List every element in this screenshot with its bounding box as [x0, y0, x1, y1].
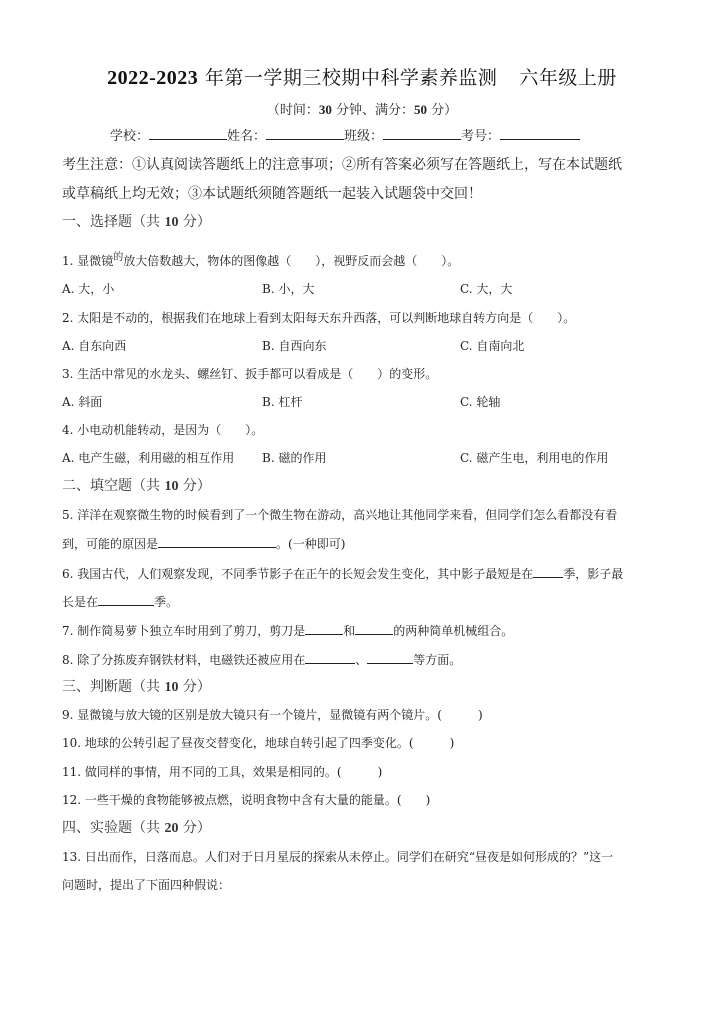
title-year: 2022-2023 — [107, 67, 198, 89]
q1-option-c[interactable]: C. 大，大 — [460, 281, 512, 297]
class-label: 班级： — [344, 129, 383, 144]
section-label-end: 分） — [178, 679, 210, 695]
student-info-row: 学校：姓名：班级：考号： — [110, 127, 580, 145]
question-11: 11. 做同样的事情，用不同的工具，效果是相同的。( ) — [62, 764, 382, 780]
score-value: 50 — [414, 102, 427, 117]
section-points: 10 — [164, 215, 178, 230]
question-5-line-1: 5. 洋洋在观察微生物的时候看到了一个微生物在游动，高兴地让其他同学来看，但同学… — [62, 507, 617, 523]
question-3: 3. 生活中常见的水龙头、螺丝钉、扳手都可以看成是（ ）的变形。 — [62, 366, 437, 382]
exam-title: 2022-2023 年第一学期三校期中科学素养监测六年级上册 — [0, 63, 724, 90]
class-field[interactable] — [383, 127, 461, 140]
question-7: 7. 制作简易萝卜独立车时用到了剪刀，剪刀是和的两种简单机械组合。 — [62, 622, 513, 639]
question-10: 10. 地球的公转引起了昼夜交替变化，地球自转引起了四季变化。( ) — [62, 735, 454, 751]
q7-answer-blank-1[interactable] — [305, 622, 343, 635]
section-label: 三、判断题（共 — [62, 679, 164, 695]
question-13-line-2: 问题时，提出了下面四种假说： — [62, 877, 230, 893]
question-text: 8. 除了分拣废弃钢铁材料，电磁铁还被应用在 — [62, 653, 305, 667]
section-points: 20 — [164, 821, 178, 836]
section-points: 10 — [164, 680, 178, 695]
q3-option-c[interactable]: C. 轮轴 — [460, 394, 500, 410]
question-6-line-2: 长是在季。 — [62, 593, 178, 610]
q4-option-c[interactable]: C. 磁产生电，利用电的作用 — [460, 450, 608, 466]
exam-number-label: 考号： — [461, 129, 500, 144]
title-grade: 六年级上册 — [519, 67, 617, 89]
subtitle-open: （时间： — [267, 103, 319, 118]
q2-option-b[interactable]: B. 自西向东 — [262, 338, 326, 354]
question-text: 7. 制作简易萝卜独立车时用到了剪刀，剪刀是 — [62, 624, 305, 638]
section-label-end: 分） — [178, 214, 210, 230]
section-label-end: 分） — [178, 478, 210, 494]
q3-option-b[interactable]: B. 杠杆 — [262, 394, 302, 410]
question-text-end: 的两种简单机械组合。 — [393, 624, 513, 638]
exam-subtitle: （时间：30 分钟、满分：50 分） — [0, 99, 724, 118]
question-5-line-2: 到，可能的原因是。(一种即可) — [62, 535, 345, 552]
question-text-end: 等方面。 — [413, 653, 461, 667]
question-9: 9. 显微镜与放大镜的区别是放大镜只有一个镜片，显微镜有两个镜片。( ) — [62, 707, 483, 723]
section-label: 二、填空题（共 — [62, 478, 164, 494]
question-2: 2. 太阳是不动的，根据我们在地球上看到太阳每天东升西落，可以判断地球自转方向是… — [62, 310, 575, 326]
name-label: 姓名： — [227, 129, 266, 144]
q1-option-a[interactable]: A. 大，小 — [62, 281, 114, 297]
notice-line-2: 或草稿纸上均无效；③本试题纸须随答题纸一起装入试题袋中交回！ — [62, 186, 482, 203]
question-text: 长是在 — [62, 595, 98, 609]
question-text: 1. 显微镜 — [62, 254, 113, 268]
school-label: 学校： — [110, 129, 149, 144]
exam-number-field[interactable] — [500, 127, 580, 140]
question-text-mid: 、 — [355, 653, 367, 667]
section-points: 10 — [164, 479, 178, 494]
q2-option-c[interactable]: C. 自南向北 — [460, 338, 524, 354]
name-field[interactable] — [266, 127, 344, 140]
q4-option-b[interactable]: B. 磁的作用 — [262, 450, 326, 466]
question-6-line-1: 6. 我国古代，人们观察发现，不同季节影子在正午的长短会发生变化，其中影子最短是… — [62, 565, 623, 582]
question-text: 6. 我国古代，人们观察发现，不同季节影子在正午的长短会发生变化，其中影子最短是… — [62, 567, 533, 581]
question-8: 8. 除了分拣废弃钢铁材料，电磁铁还被应用在、等方面。 — [62, 651, 461, 668]
section-label: 四、实验题（共 — [62, 820, 164, 836]
notice-line-1: 考生注意：①认真阅读答题纸上的注意事项；②所有答案必须写在答题纸上，写在本试题纸 — [62, 157, 622, 174]
q5-answer-blank[interactable] — [158, 535, 276, 548]
section-heading-experiment: 四、实验题（共 20 分） — [62, 820, 211, 837]
question-text-mid: 和 — [343, 624, 355, 638]
subtitle-mid: 分钟、满分： — [332, 103, 414, 118]
q6-answer-blank-1[interactable] — [533, 565, 563, 578]
question-text-end: 季，影子最 — [563, 567, 623, 581]
q6-answer-blank-2[interactable] — [98, 593, 154, 606]
q4-option-a[interactable]: A. 电产生磁，利用磁的相互作用 — [62, 450, 234, 466]
question-text-sup: 的 — [113, 252, 123, 263]
question-13-line-1: 13. 日出而作，日落而息。人们对于日月星辰的探索从未停止。同学们在研究“昼夜是… — [62, 849, 613, 865]
question-text-end: 。(一种即可) — [276, 537, 345, 551]
title-main: 年第一学期三校期中科学素养监测 — [205, 67, 498, 89]
section-heading-fill: 二、填空题（共 10 分） — [62, 478, 211, 495]
subtitle-close: 分） — [427, 103, 457, 118]
question-1: 1. 显微镜的放大倍数越大，物体的图像越（ ），视野反而会越（ ）。 — [62, 250, 459, 269]
section-label: 一、选择题（共 — [62, 214, 164, 230]
question-text-end: 季。 — [154, 595, 178, 609]
section-heading-choice: 一、选择题（共 10 分） — [62, 214, 211, 231]
q1-option-b[interactable]: B. 小，大 — [262, 281, 314, 297]
q7-answer-blank-2[interactable] — [355, 622, 393, 635]
q8-answer-blank-2[interactable] — [367, 651, 413, 664]
q2-option-a[interactable]: A. 自东向西 — [62, 338, 126, 354]
time-value: 30 — [319, 102, 332, 117]
question-text: 到，可能的原因是 — [62, 537, 158, 551]
section-label-end: 分） — [178, 820, 210, 836]
q8-answer-blank-1[interactable] — [305, 651, 355, 664]
q3-option-a[interactable]: A. 斜面 — [62, 394, 102, 410]
school-field[interactable] — [149, 127, 227, 140]
section-heading-judge: 三、判断题（共 10 分） — [62, 679, 211, 696]
question-4: 4. 小电动机能转动，是因为（ ）。 — [62, 422, 263, 438]
question-text-rest: 放大倍数越大，物体的图像越（ ），视野反而会越（ ）。 — [123, 254, 459, 268]
question-12: 12. 一些干燥的食物能够被点燃，说明食物中含有大量的能量。( ) — [62, 792, 430, 808]
